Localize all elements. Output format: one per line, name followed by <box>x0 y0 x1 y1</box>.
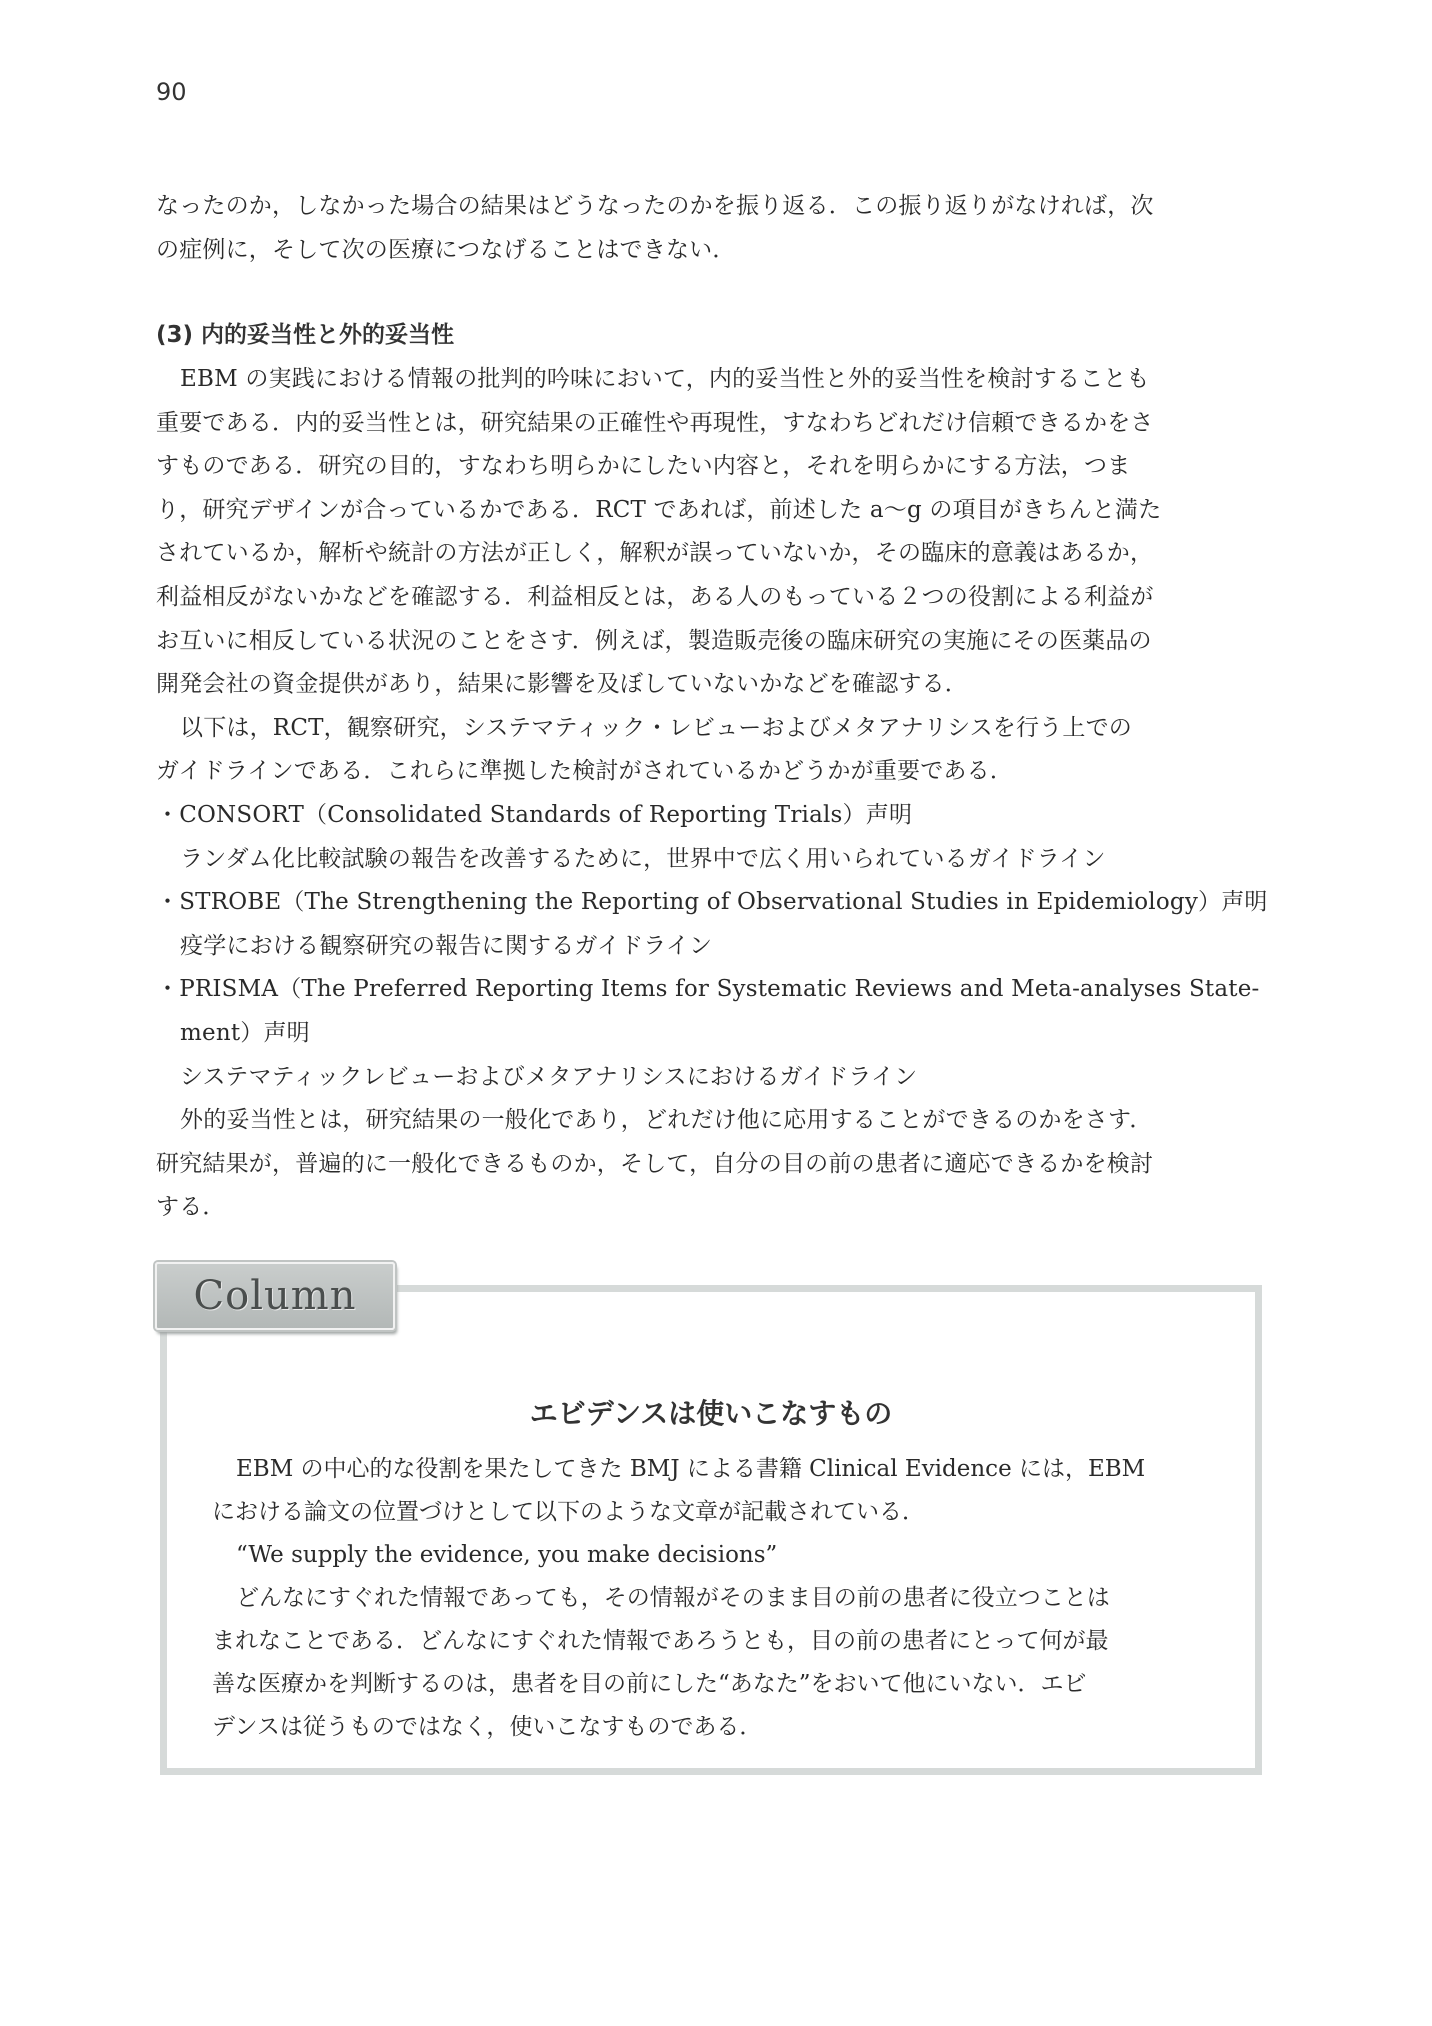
guideline-prisma-title-cont: ment）声明 <box>156 1012 1268 1056</box>
text-line: り，研究デザインが合っているかである．RCT であれば，前述した a〜g の項目… <box>156 489 1268 533</box>
text-line: EBM の中心的な役割を果たしてきた BMJ による書籍 Clinical Ev… <box>212 1448 1222 1491</box>
text-line: 利益相反がないかなどを確認する．利益相反とは，ある人のもっている２つの役割による… <box>156 576 1268 620</box>
text-line: お互いに相反している状況のことをさす．例えば，製造販売後の臨床研究の実施にその医… <box>156 620 1268 664</box>
column-tab-label: Column <box>194 1273 357 1319</box>
text-line: どんなにすぐれた情報であっても，その情報がそのまま目の前の患者に役立つことは <box>212 1577 1222 1620</box>
column-tab: Column <box>155 1262 395 1330</box>
guideline-consort-description: ランダム化比較試験の報告を改善するために，世界中で広く用いられているガイドライン <box>156 838 1268 882</box>
guideline-strobe-title: ・STROBE（The Strengthening the Reporting … <box>156 881 1268 925</box>
column-title: エビデンスは使いこなすもの <box>160 1392 1262 1432</box>
text-line: EBM の実践における情報の批判的吟味において，内的妥当性と外的妥当性を検討する… <box>156 358 1268 402</box>
text-line: されているか，解析や統計の方法が正しく，解釈が誤っていないか，その臨床的意義はあ… <box>156 532 1268 576</box>
text-line: 以下は，RCT，観察研究，システマティック・レビューおよびメタアナリシスを行う上… <box>156 707 1268 751</box>
text-line: の症例に，そして次の医療につなげることはできない． <box>156 229 1268 273</box>
guideline-consort-title: ・CONSORT（Consolidated Standards of Repor… <box>156 794 1268 838</box>
guideline-strobe-description: 疫学における観察研究の報告に関するガイドライン <box>156 925 1268 969</box>
text-line: 研究結果が，普遍的に一般化できるものか，そして，自分の目の前の患者に適応できるか… <box>156 1143 1268 1187</box>
text-line: 外的妥当性とは，研究結果の一般化であり，どれだけ他に応用することができるのかをさ… <box>156 1099 1268 1143</box>
text-line: する． <box>156 1186 1268 1230</box>
text-line: まれなことである．どんなにすぐれた情報であろうとも，目の前の患者にとって何が最 <box>212 1620 1222 1663</box>
section-body: EBM の実践における情報の批判的吟味において，内的妥当性と外的妥当性を検討する… <box>156 358 1268 1230</box>
text-line: における論文の位置づけとして以下のような文章が記載されている． <box>212 1491 1222 1534</box>
text-line: 善な医療かを判断するのは，患者を目の前にした“あなた”をおいて他にいない．エビ <box>212 1663 1222 1706</box>
text-line: 重要である．内的妥当性とは，研究結果の正確性や再現性，すなわちどれだけ信頼できる… <box>156 402 1268 446</box>
text-line: ガイドラインである．これらに準拠した検討がされているかどうかが重要である． <box>156 750 1268 794</box>
text-line: すものである．研究の目的，すなわち明らかにしたい内容と，それを明らかにする方法，… <box>156 445 1268 489</box>
quote-line: “We supply the evidence, you make decisi… <box>212 1534 1222 1577</box>
page-number: 90 <box>156 78 187 106</box>
text-line: なったのか，しなかった場合の結果はどうなったのかを振り返る．この振り返りがなけれ… <box>156 185 1268 229</box>
text-line: デンスは従うものではなく，使いこなすものである． <box>212 1706 1222 1749</box>
column-body: EBM の中心的な役割を果たしてきた BMJ による書籍 Clinical Ev… <box>212 1448 1222 1749</box>
intro-paragraph: なったのか，しなかった場合の結果はどうなったのかを振り返る．この振り返りがなけれ… <box>156 185 1268 272</box>
guideline-prisma-title: ・PRISMA（The Preferred Reporting Items fo… <box>156 968 1268 1012</box>
section-heading: (3) 内的妥当性と外的妥当性 <box>156 316 454 349</box>
guideline-prisma-description: システマティックレビューおよびメタアナリシスにおけるガイドライン <box>156 1056 1268 1100</box>
text-line: 開発会社の資金提供があり，結果に影響を及ぼしていないかなどを確認する． <box>156 663 1268 707</box>
